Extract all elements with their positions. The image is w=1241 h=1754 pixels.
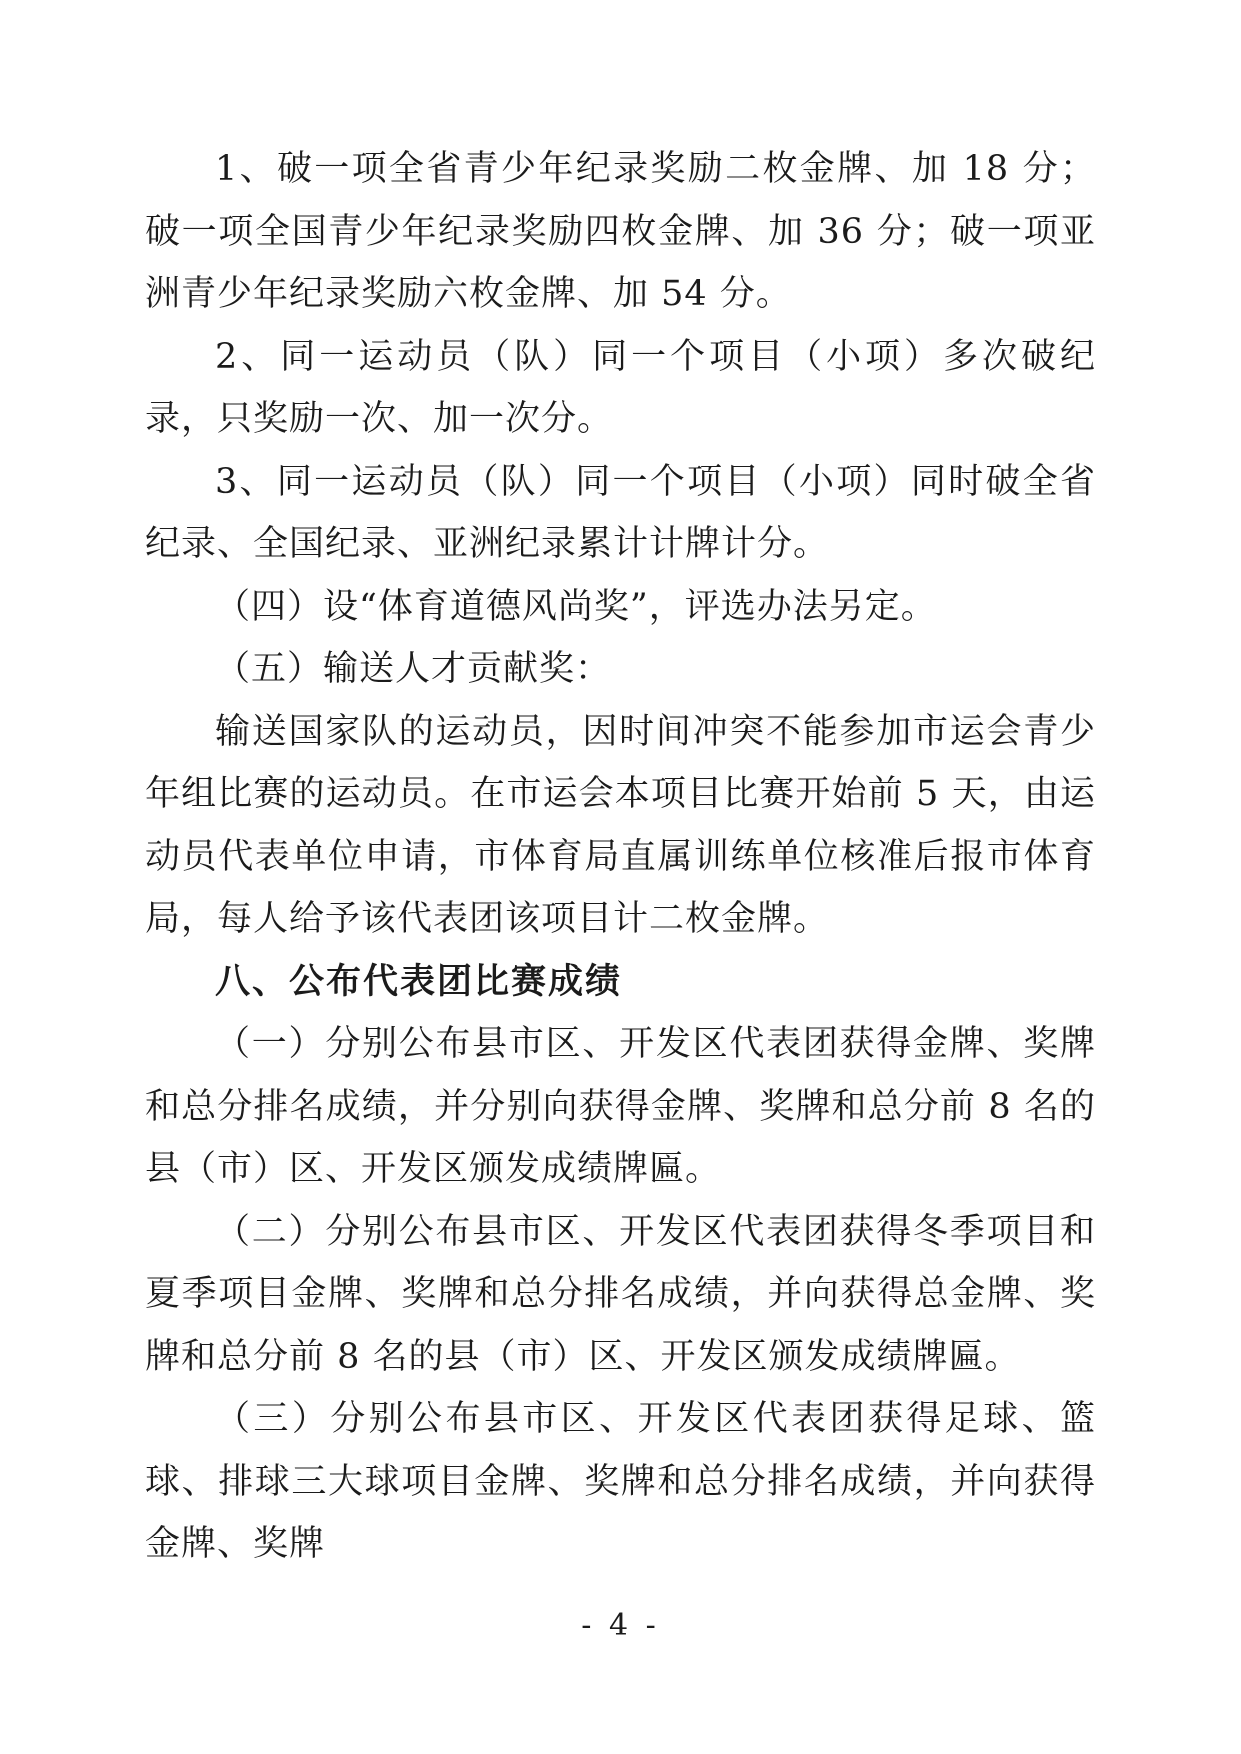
paragraph: （三）分别公布县市区、开发区代表团获得足球、篮球、排球三大球项目金牌、奖牌和总分… — [145, 1388, 1096, 1576]
paragraph: 2、同一运动员（队）同一个项目（小项）多次破纪录，只奖励一次、加一次分。 — [145, 326, 1096, 451]
paragraph: （一）分别公布县市区、开发区代表团获得金牌、奖牌和总分排名成绩，并分别向获得金牌… — [145, 1013, 1096, 1201]
page-number: - 4 - — [0, 1608, 1241, 1643]
document-page: 1、破一项全省青少年纪录奖励二枚金牌、加 18 分；破一项全国青少年纪录奖励四枚… — [0, 0, 1241, 1754]
document-body: 1、破一项全省青少年纪录奖励二枚金牌、加 18 分；破一项全国青少年纪录奖励四枚… — [145, 138, 1096, 1576]
paragraph: （四）设“体育道德风尚奖”，评选办法另定。 — [145, 576, 1096, 639]
paragraph: （二）分别公布县市区、开发区代表团获得冬季项目和夏季项目金牌、奖牌和总分排名成绩… — [145, 1201, 1096, 1389]
section-heading: 八、公布代表团比赛成绩 — [145, 951, 1096, 1014]
paragraph: 1、破一项全省青少年纪录奖励二枚金牌、加 18 分；破一项全国青少年纪录奖励四枚… — [145, 138, 1096, 326]
paragraph: 输送国家队的运动员，因时间冲突不能参加市运会青少年组比赛的运动员。在市运会本项目… — [145, 701, 1096, 951]
paragraph: （五）输送人才贡献奖： — [145, 638, 1096, 701]
paragraph: 3、同一运动员（队）同一个项目（小项）同时破全省纪录、全国纪录、亚洲纪录累计计牌… — [145, 451, 1096, 576]
